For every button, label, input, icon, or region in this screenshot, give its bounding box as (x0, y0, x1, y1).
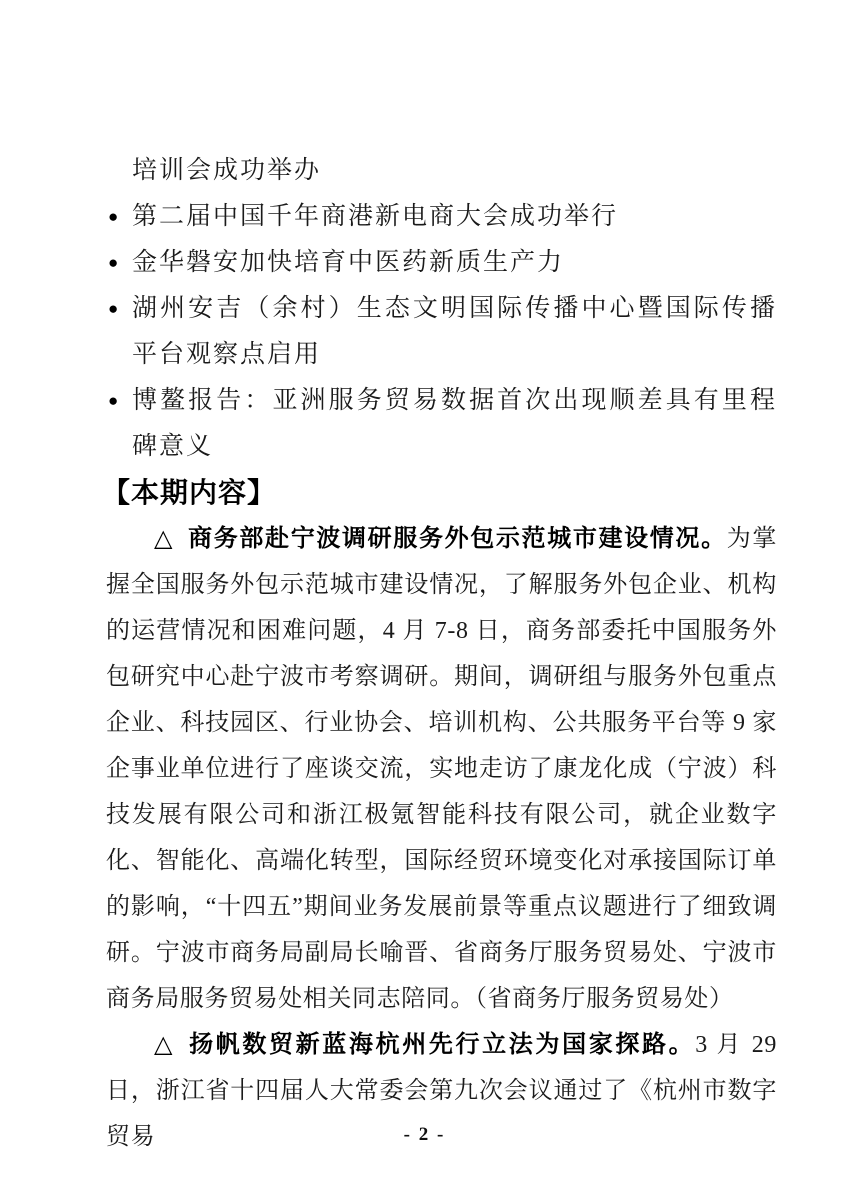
article-title-2: 扬帆数贸新蓝海杭州先行立法为国家探路。 (189, 1032, 695, 1058)
article-paragraph-1: △商务部赴宁波调研服务外包示范城市建设情况。为掌握全国服务外包示范城市建设情况，… (106, 516, 777, 1022)
toc-item-text: 培训会成功举办 (132, 157, 321, 184)
bullet-icon: ● (108, 378, 118, 424)
page-number: - 2 - (404, 1124, 446, 1145)
toc-item: ● 博鳌报告：亚洲服务贸易数据首次出现顺差具有里程碑意义 (106, 378, 777, 470)
bullet-icon: ● (108, 194, 118, 240)
page-footer: - 2 - (0, 1124, 849, 1146)
toc-item-text: 第二届中国千年商港新电商大会成功举行 (132, 203, 618, 230)
toc-item-text: 博鳌报告：亚洲服务贸易数据首次出现顺差具有里程碑意义 (132, 387, 777, 460)
triangle-marker-icon: △ (154, 526, 174, 552)
section-heading: 【本期内容】 (102, 470, 777, 516)
article-title-1: 商务部赴宁波调研服务外包示范城市建设情况。 (188, 526, 727, 552)
toc-item: ● 湖州安吉（余村）生态文明国际传播中心暨国际传播平台观察点启用 (106, 286, 777, 378)
toc-item-text: 湖州安吉（余村）生态文明国际传播中心暨国际传播平台观察点启用 (132, 295, 777, 368)
toc-item-continuation: 培训会成功举办 (106, 148, 777, 194)
bullet-icon: ● (108, 286, 118, 332)
bullet-icon: ● (108, 240, 118, 286)
article-body-1: 为掌握全国服务外包示范城市建设情况，了解服务外包企业、机构的运营情况和困难问题，… (106, 526, 777, 1012)
toc-item: ● 金华磐安加快培育中医药新质生产力 (106, 240, 777, 286)
toc-item-text: 金华磐安加快培育中医药新质生产力 (132, 249, 564, 276)
toc-list: 培训会成功举办 ● 第二届中国千年商港新电商大会成功举行 ● 金华磐安加快培育中… (106, 148, 777, 470)
page-content: 培训会成功举办 ● 第二届中国千年商港新电商大会成功举行 ● 金华磐安加快培育中… (106, 0, 777, 1160)
document-page: 培训会成功举办 ● 第二届中国千年商港新电商大会成功举行 ● 金华磐安加快培育中… (0, 0, 849, 1200)
toc-item: ● 第二届中国千年商港新电商大会成功举行 (106, 194, 777, 240)
triangle-marker-icon: △ (154, 1032, 175, 1058)
